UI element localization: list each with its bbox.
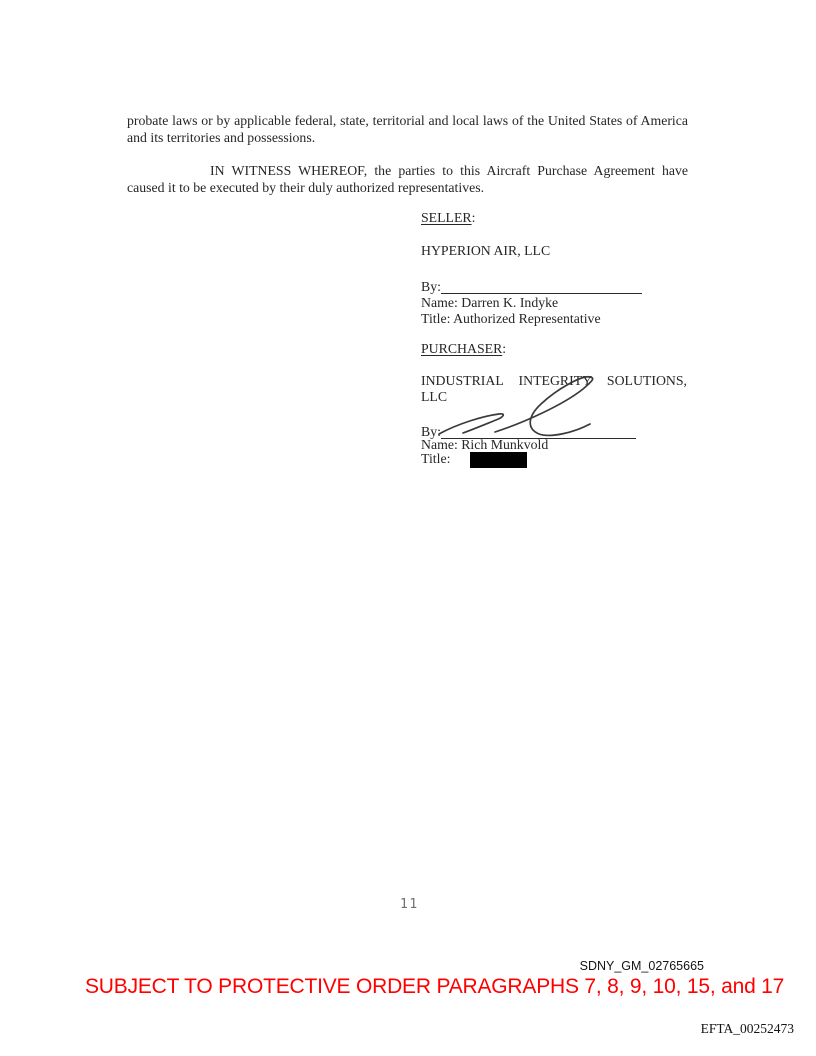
purchaser-heading-colon: :	[502, 341, 506, 356]
protective-order-legend: SUBJECT TO PROTECTIVE ORDER PARAGRAPHS 7…	[85, 975, 784, 999]
purchaser-heading: PURCHASER:	[421, 341, 506, 357]
redaction-box	[470, 452, 527, 468]
seller-signature-line	[441, 280, 642, 294]
purchaser-company-name-line1: INDUSTRIAL INTEGRITY SOLUTIONS,	[421, 373, 687, 389]
seller-company-name: HYPERION AIR, LLC	[421, 243, 550, 259]
page-number: 11	[400, 897, 419, 912]
body-paragraph-1: probate laws or by applicable federal, s…	[127, 112, 688, 146]
seller-by-line: By:	[421, 279, 642, 295]
purchaser-company-word-2: INTEGRITY	[519, 373, 593, 389]
bates-stamp-sdny: SDNY_GM_02765665	[580, 959, 704, 973]
document-page: probate laws or by applicable federal, s…	[0, 0, 816, 1056]
seller-title-line: Title: Authorized Representative	[421, 311, 601, 327]
seller-name-line: Name: Darren K. Indyke	[421, 295, 558, 311]
purchaser-company-word-1: INDUSTRIAL	[421, 373, 504, 389]
seller-by-label: By:	[421, 279, 441, 294]
seller-heading-colon: :	[472, 210, 476, 225]
purchaser-title-label: Title:	[421, 451, 450, 467]
body-paragraph-2: IN WITNESS WHEREOF, the parties to this …	[127, 162, 688, 196]
seller-heading: SELLER:	[421, 210, 475, 226]
purchaser-heading-text: PURCHASER	[421, 341, 502, 356]
purchaser-company-name-line2: LLC	[421, 389, 447, 405]
purchaser-company-word-3: SOLUTIONS,	[607, 373, 687, 389]
bates-stamp-efta: EFTA_00252473	[701, 1021, 794, 1037]
seller-heading-text: SELLER	[421, 210, 472, 225]
